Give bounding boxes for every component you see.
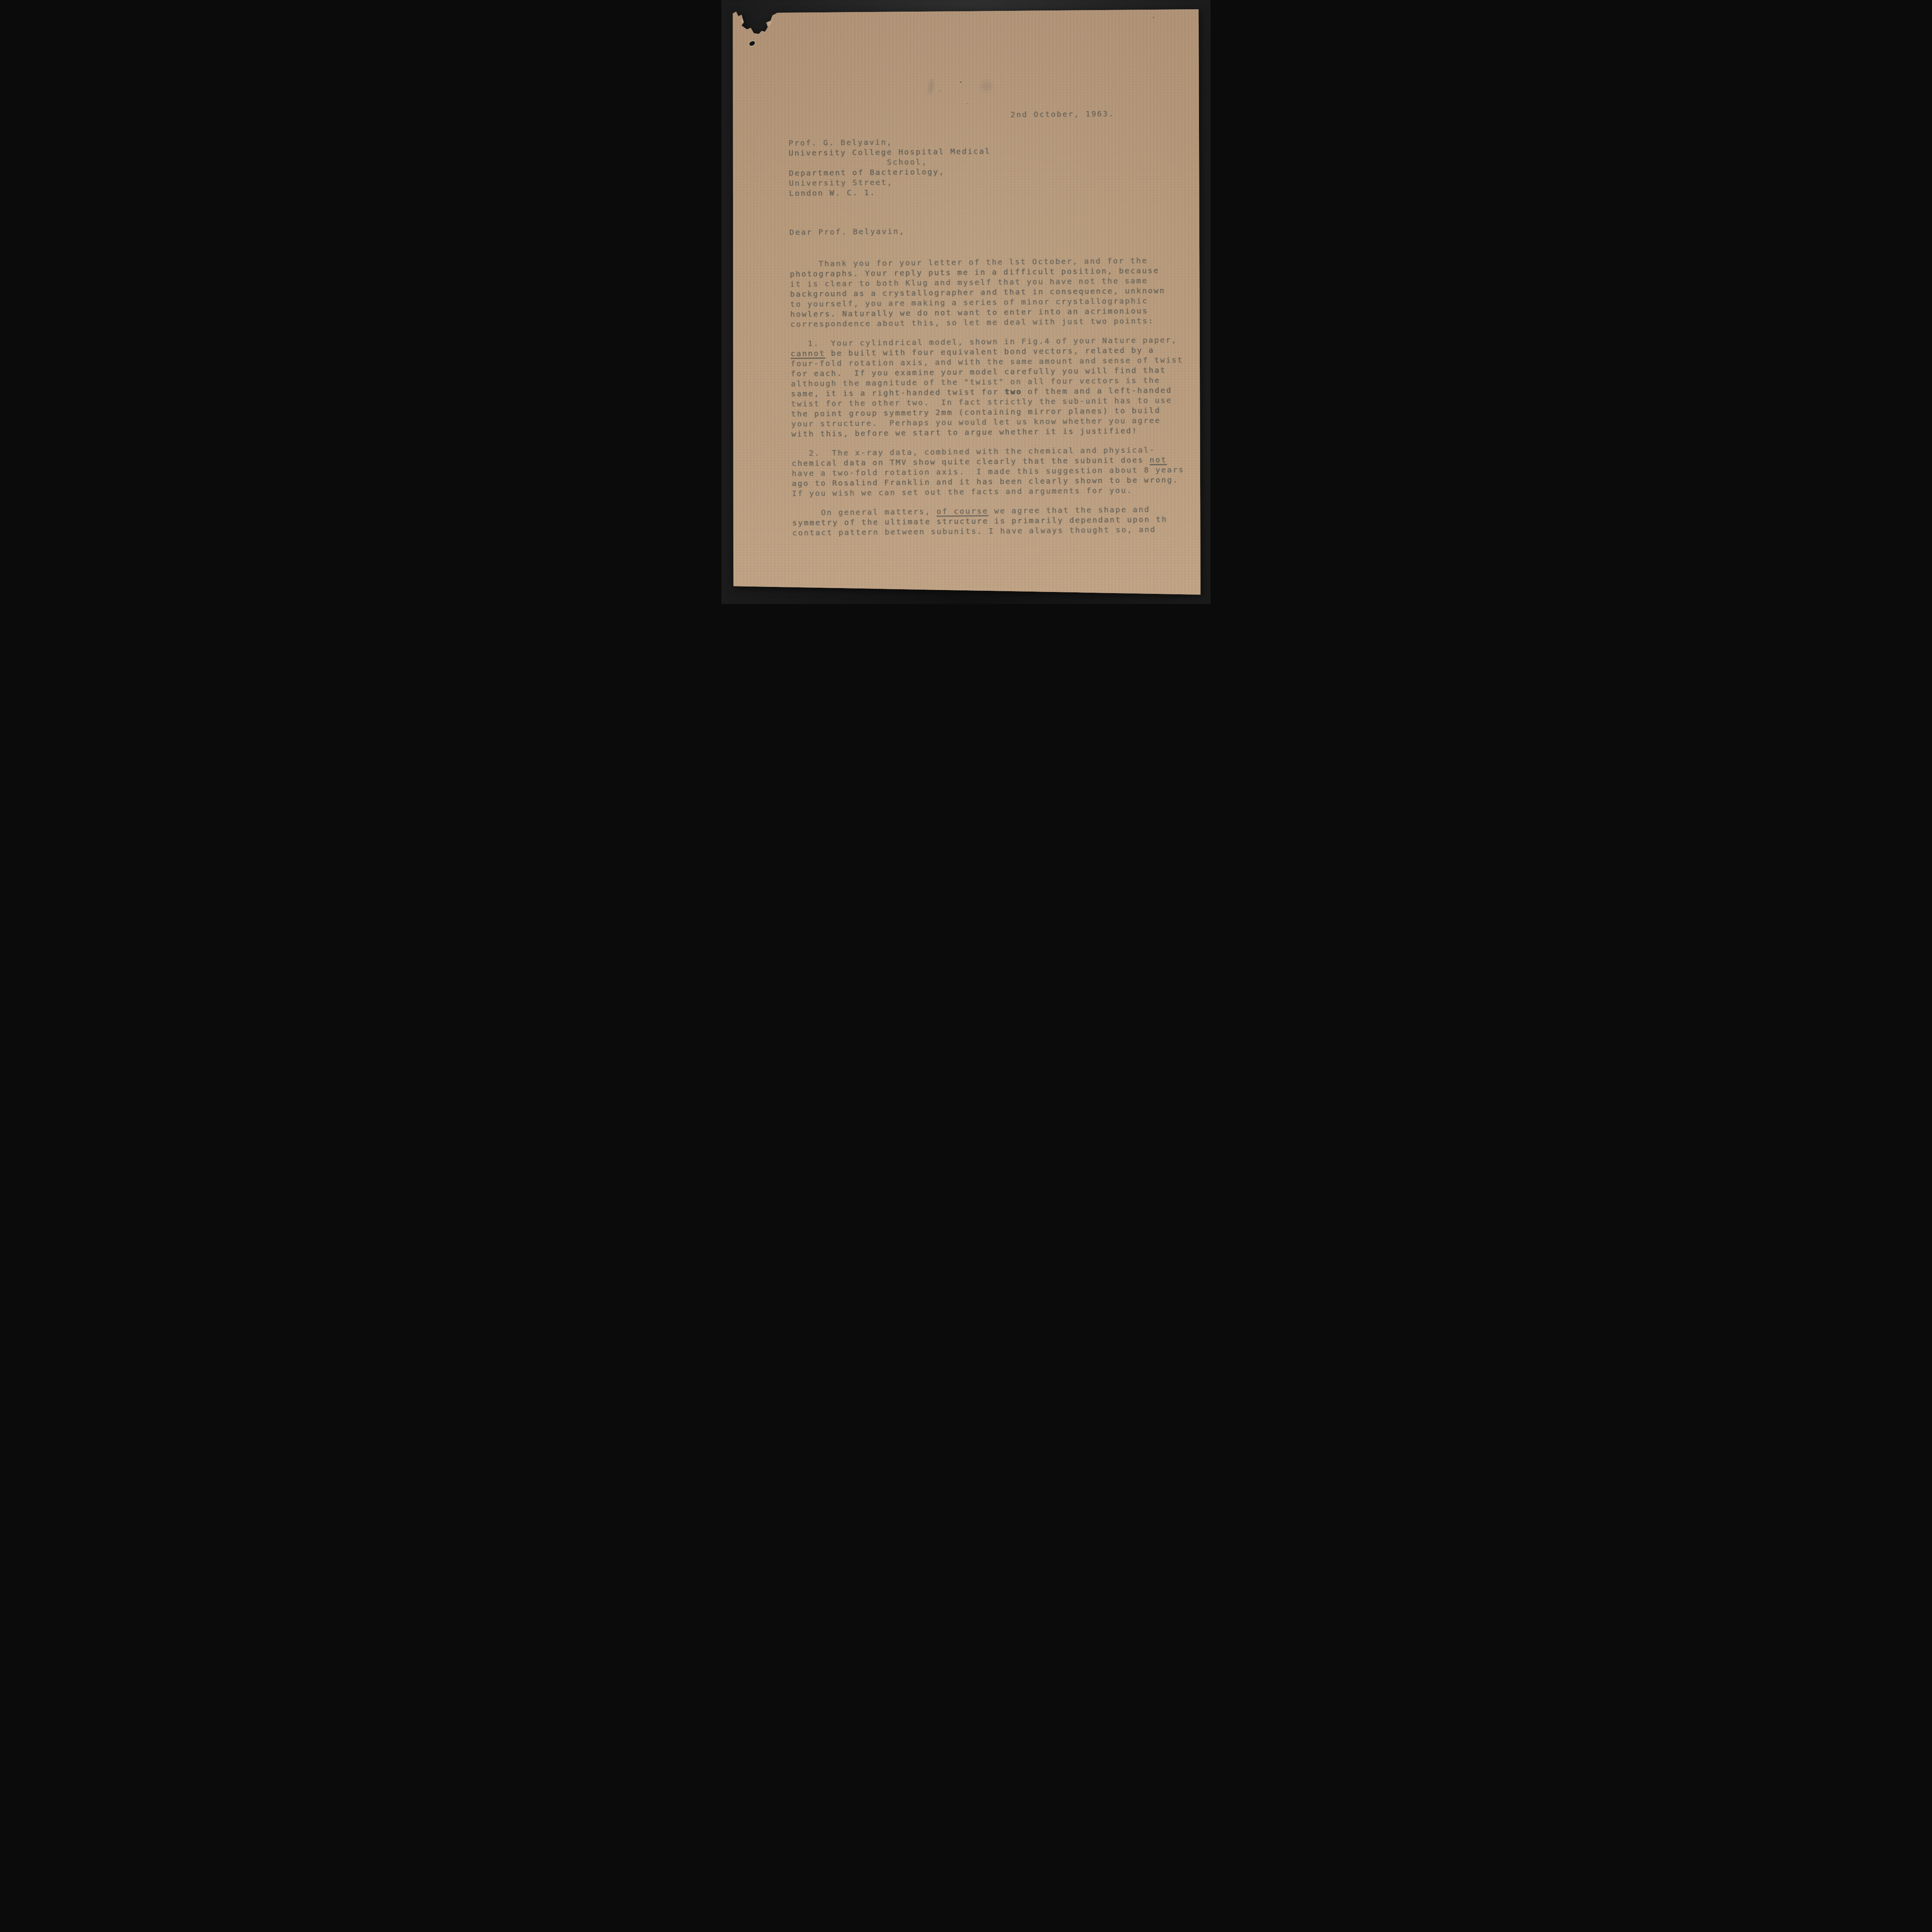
letter-paper-wrapper: 2nd October, 1963. Prof. G. Belyavin,Uni…: [731, 5, 1201, 599]
ink-smudge: [928, 78, 935, 94]
letter-paper: 2nd October, 1963. Prof. G. Belyavin,Uni…: [731, 5, 1201, 599]
text-segment: of them and a left-handed: [1022, 386, 1172, 396]
typewritten-text: 2nd October, 1963. Prof. G. Belyavin,Uni…: [788, 108, 1202, 538]
scan-background-fabric: 2nd October, 1963. Prof. G. Belyavin,Uni…: [721, 0, 1211, 604]
torn-edge-fiber: [752, 27, 761, 35]
letter-body: Thank you for your letter of the lst Oct…: [790, 255, 1202, 538]
underlined-text: cannot: [791, 349, 825, 358]
recipient-block: Prof. G. Belyavin,University College Hos…: [789, 134, 1199, 198]
underlined-text: of course: [936, 506, 988, 516]
point-2: 2. The x-ray data, combined with the che…: [791, 444, 1201, 498]
paper-speck: [1153, 17, 1154, 18]
paper-speck: [940, 91, 940, 92]
underlined-text: not: [1150, 455, 1167, 464]
intro-paragraph: Thank you for your letter of the lst Oct…: [790, 255, 1200, 329]
paper-speck: [967, 103, 968, 104]
point-1: 1. Your cylindrical model, shown in Fig.…: [791, 335, 1201, 439]
closing-paragraph: On general matters, of course we agree t…: [792, 504, 1202, 538]
salutation-line: Dear Prof. Belyavin,: [789, 223, 1199, 237]
torn-edge-fiber: [740, 19, 745, 23]
ink-smudge: [981, 81, 992, 91]
paper-hole: [749, 41, 755, 46]
overstruck-text: two: [1005, 387, 1022, 396]
torn-edge-fiber: [767, 20, 773, 27]
text-segment: On general matters,: [792, 507, 937, 517]
text-segment: we agree that the shape and: [988, 505, 1150, 515]
date-line: 2nd October, 1963.: [788, 108, 1198, 122]
paper-speck: [960, 82, 961, 83]
